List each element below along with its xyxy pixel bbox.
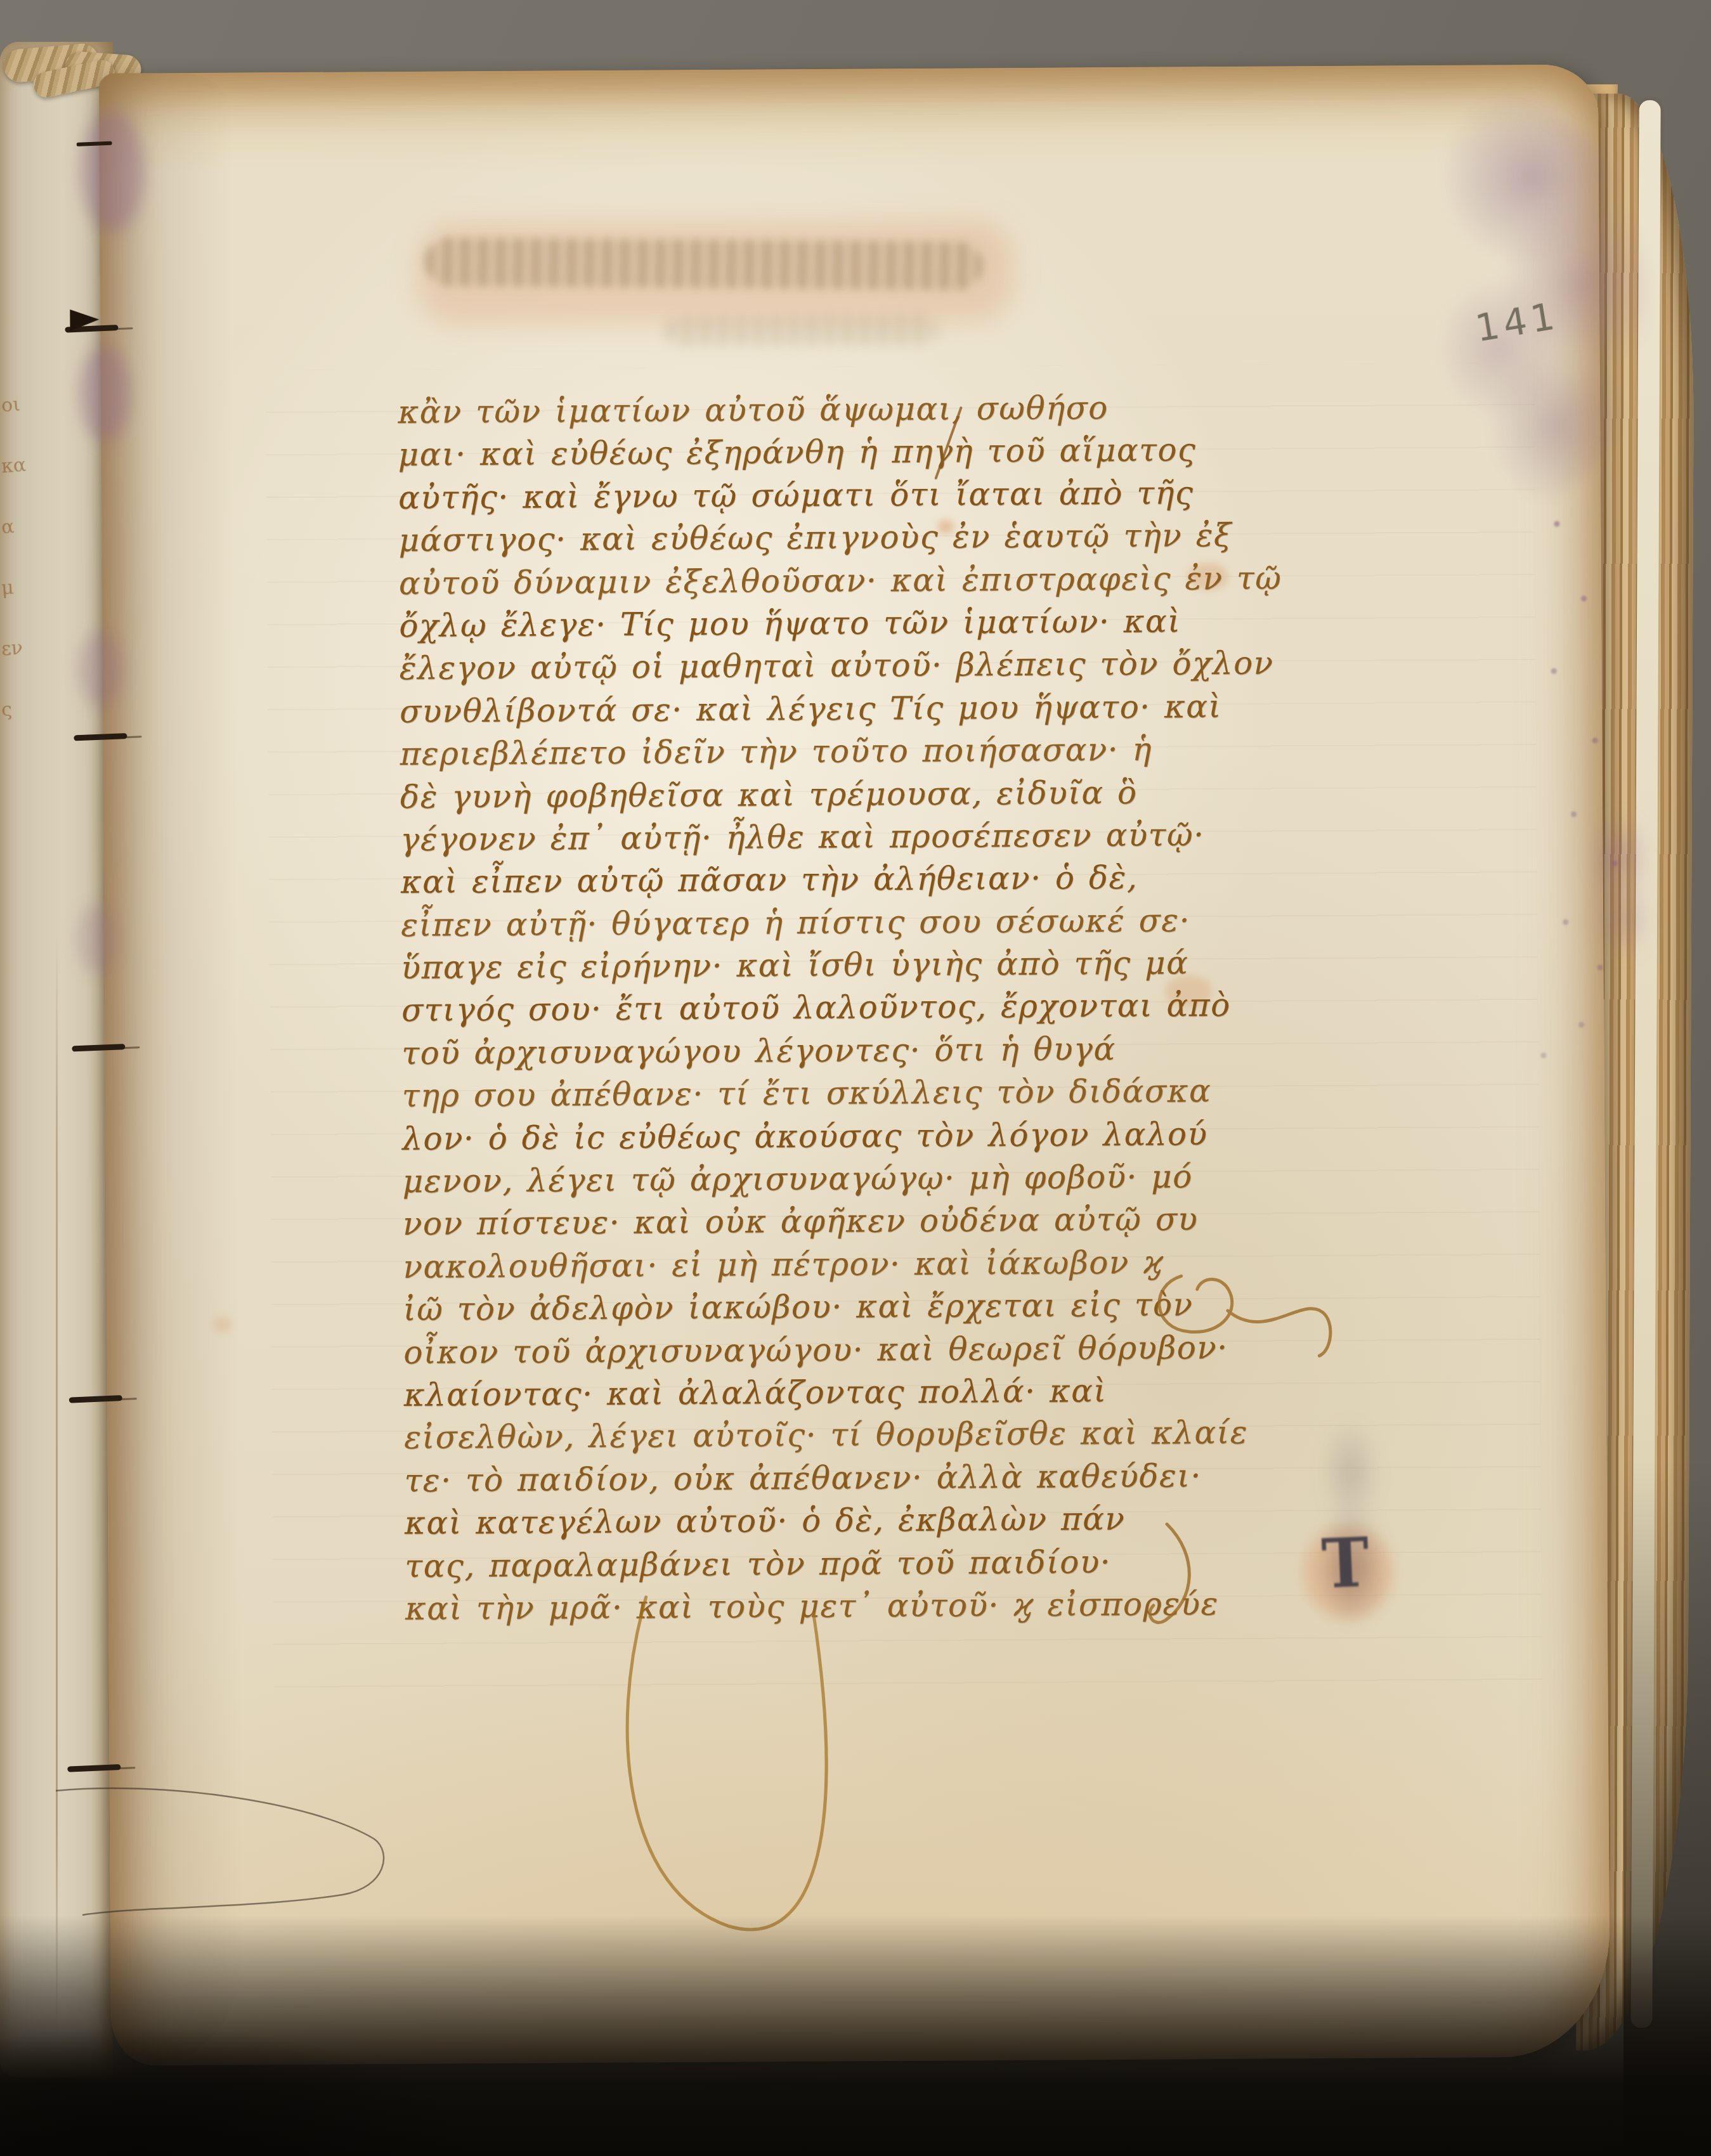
text-line: αὐτῆς· καὶ ἔγνω τῷ σώματι ὅτι ἴαται ἀπὸ … bbox=[398, 474, 1299, 522]
text-line: εἰσελθὼν, λέγει αὐτοῖς· τί θορυβεῖσθε κα… bbox=[404, 1414, 1304, 1462]
text-line: αὐτοῦ δύναμιν ἐξελθοῦσαν· καὶ ἐπιστραφεὶ… bbox=[399, 559, 1299, 607]
sewing-thread-tuft bbox=[70, 309, 99, 331]
loose-thread bbox=[44, 1763, 400, 1928]
gutter-purple-stain bbox=[78, 632, 123, 708]
text-line: λον· ὁ δὲ ἰϲ εὐθέως ἀκούσας τὸν λόγον λα… bbox=[402, 1115, 1303, 1163]
ink-offset-ghost-line bbox=[425, 238, 984, 290]
corner-shadow bbox=[0, 1940, 672, 2156]
text-line: νον πίστευε· καὶ οὐκ ἀφῆκεν οὐδένα αὐτῷ … bbox=[403, 1200, 1303, 1249]
gutter-purple-stain bbox=[80, 111, 144, 232]
final-swash bbox=[1128, 1519, 1211, 1640]
text-line: συνθλίβοντά σε· καὶ λέγεις Τίς μου ἥψατο… bbox=[400, 687, 1300, 736]
text-line: κἂν τῶν ἱματίων αὐτοῦ ἅψωμαι, σωθήσο bbox=[398, 388, 1298, 436]
text-line: μάστιγος· καὶ εὐθέως ἐπιγνοὺς ἐν ἑαυτῷ τ… bbox=[398, 516, 1299, 564]
text-line: ὄχλῳ ἔλεγε· Τίς μου ἥψατο τῶν ἱματίων· κ… bbox=[399, 602, 1299, 650]
rust-spot bbox=[213, 1317, 232, 1332]
margin-fragment: α bbox=[1, 515, 30, 538]
text-line: εἶπεν αὐτῇ· θύγατερ ἡ πίστις σου σέσωκέ … bbox=[401, 901, 1301, 949]
text-line: περιεβλέπετο ἰδεῖν τὴν τοῦτο ποιήσασαν· … bbox=[400, 730, 1300, 778]
text-line: τηρ σου ἀπέθανε· τί ἔτι σκύλλεις τὸν διδ… bbox=[402, 1072, 1303, 1120]
margin-fragment: κα bbox=[1, 454, 30, 477]
ink-offset-ghost-line bbox=[665, 315, 937, 347]
line-end-flourish bbox=[1121, 1247, 1337, 1375]
text-line: μαι· καὶ εὐθέως ἐξηράνθη ἡ πηγὴ τοῦ αἵμα… bbox=[398, 431, 1299, 479]
text-line: ὕπαγε εἰς εἰρήνην· καὶ ἴσθι ὑγιὴς ἀπὸ τῆ… bbox=[401, 944, 1301, 992]
gutter-purple-stain bbox=[79, 346, 131, 441]
text-line: γέγονεν ἐπ᾽ αὐτῇ· ἦλθε καὶ προσέπεσεν αὐ… bbox=[400, 815, 1301, 864]
text-line: δὲ γυνὴ φοβηθεῖσα καὶ τρέμουσα, εἰδυῖα ὃ bbox=[400, 773, 1301, 821]
text-block: κἂν τῶν ἱματίων αὐτοῦ ἅψωμαι, σωθήσομαι·… bbox=[398, 388, 1306, 1633]
manuscript-photo: οικααμενς 141 κἂν τῶν ἱματίων αὐτοῦ ἅψωμ… bbox=[0, 0, 1711, 2156]
margin-fragment: ς bbox=[1, 698, 30, 721]
margin-fragment: οι bbox=[1, 393, 30, 417]
margin-fragment: μ bbox=[1, 576, 30, 599]
text-line: ἔλεγον αὐτῷ οἱ μαθηταὶ αὐτοῦ· βλέπεις τὸ… bbox=[400, 645, 1300, 693]
stamp-letter-t: T bbox=[1320, 1523, 1370, 1604]
text-line: καὶ εἶπεν αὐτῷ πᾶσαν τὴν ἀλήθειαν· ὁ δὲ, bbox=[401, 859, 1301, 907]
gutter-purple-stain bbox=[77, 904, 116, 974]
text-line: τε· τὸ παιδίον, οὐκ ἀπέθανεν· ἀλλὰ καθεύ… bbox=[404, 1457, 1304, 1505]
pen-loop-flourish bbox=[590, 1578, 872, 1973]
purple-stain-right-patch bbox=[1581, 812, 1658, 965]
purple-speckles-right-margin bbox=[1554, 521, 1559, 527]
margin-fragment: εν bbox=[1, 637, 30, 660]
margin-text-fragments: οικααμενς bbox=[1, 394, 29, 759]
text-line: κλαίοντας· καὶ ἀλαλάζοντας πολλά· καὶ bbox=[404, 1371, 1304, 1419]
text-line: στιγός σου· ἔτι αὐτοῦ λαλοῦντος, ἔρχοντα… bbox=[401, 987, 1302, 1035]
text-line: μενον, λέγει τῷ ἀρχισυναγώγῳ· μὴ φοβοῦ· … bbox=[403, 1157, 1303, 1205]
text-line: τοῦ ἀρχισυναγώγου λέγοντες· ὅτι ἡ θυγά bbox=[401, 1029, 1302, 1077]
